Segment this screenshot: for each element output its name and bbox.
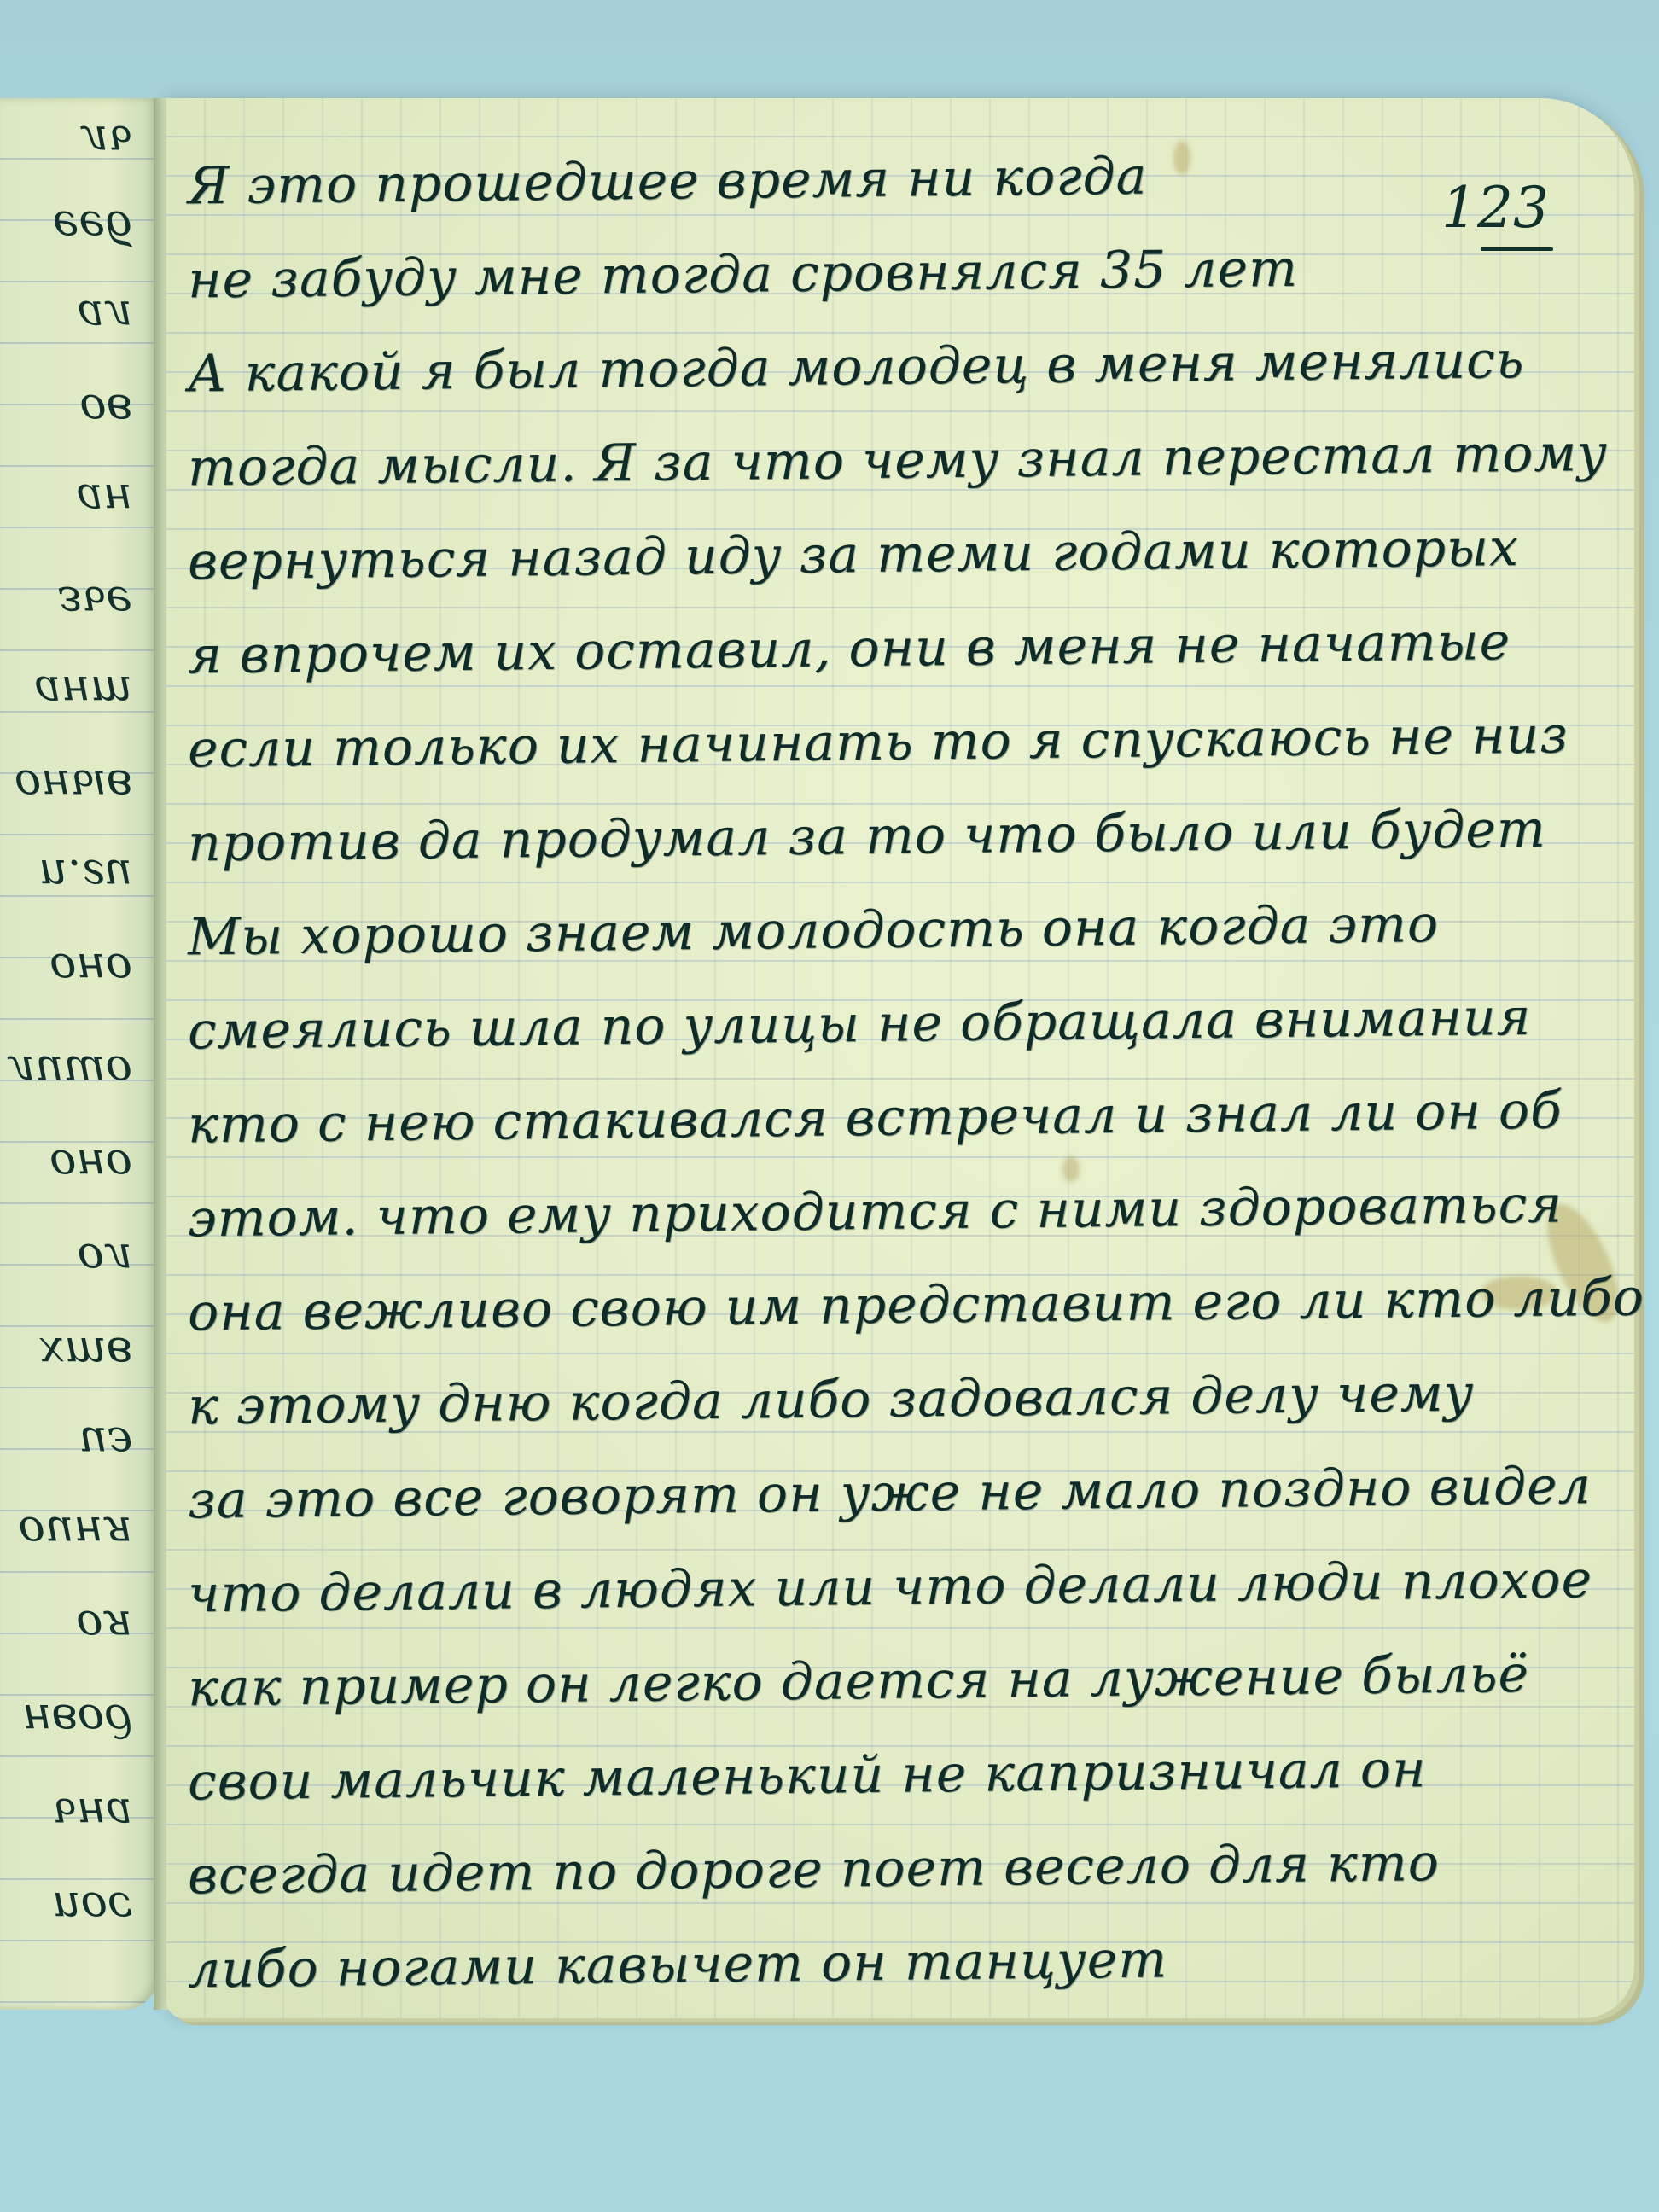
text-line: этом. что ему приходится с ними здороват… xyxy=(187,1158,1553,1266)
text-line: за это все говорят он уже не мало поздно… xyxy=(187,1440,1553,1548)
left-page-fragment: ан xyxy=(77,474,132,525)
text-line: либо ногами кавычет он танцует xyxy=(187,1909,1553,2017)
notebook-page: 123 Я это прошедшее время ни когда не за… xyxy=(166,98,1634,2018)
text-line: смеялись шла по улицы не обращала вниман… xyxy=(187,970,1553,1079)
left-page-fragment: ант xyxy=(34,666,132,717)
left-page-fragment: пос xyxy=(52,1882,132,1933)
text-line: всегда идет по дороге поет весело для кт… xyxy=(187,1815,1553,1924)
text-line: если только их начинать то я спускаюсь н… xyxy=(187,689,1553,797)
left-notebook-page: ль ееб ал ов ан зье ант оныв п.ги оно ли… xyxy=(0,98,158,2010)
left-page-fragment: оныв xyxy=(15,760,132,811)
left-page-fragment: нвод xyxy=(22,1694,132,1745)
left-page-fragment: хтв xyxy=(39,1327,132,1378)
text-line: она вежливо свою им представит его ли кт… xyxy=(187,1252,1553,1360)
text-line: вернуться назад иду за теми годами котор… xyxy=(187,501,1553,609)
text-line: свои мальчик маленький не капризничал он xyxy=(187,1721,1553,1830)
left-page-fragment: оно xyxy=(49,1139,132,1190)
left-page-fragment: ьна xyxy=(52,1788,132,1839)
text-line: А какой я был тогда молодец в меня менял… xyxy=(187,313,1553,422)
text-line: Мы хорошо знаем молодость она когда это xyxy=(187,876,1553,985)
left-page-fragment: зье xyxy=(58,576,132,627)
text-line: тогда мысли. Я за что чему знал перестал… xyxy=(187,407,1553,515)
left-page-fragment: оно xyxy=(49,943,132,994)
left-page-fragment: ол xyxy=(78,1233,132,1284)
left-page-fragment: ль xyxy=(80,115,132,166)
left-page-fragment: оиня xyxy=(19,1506,132,1557)
text-line: к этому дню когда либо задовался делу че… xyxy=(187,1346,1553,1454)
left-page-fragment: ов xyxy=(79,384,132,435)
text-line: я впрочем их оставил, они в меня не нача… xyxy=(187,595,1553,703)
text-line: как пример он легко дается на лужение бы… xyxy=(187,1627,1553,1736)
text-line: Я это прошедшее время ни когда xyxy=(187,125,1553,234)
left-page-fragment: п.ги xyxy=(38,849,132,900)
left-page-fragment: оя xyxy=(76,1600,132,1651)
text-line: что делали в людях или что делали люди п… xyxy=(187,1534,1553,1642)
left-page-fragment: иэ xyxy=(79,1417,132,1468)
handwritten-text: Я это прошедшее время ни когда не забуду… xyxy=(188,132,1553,2010)
left-page-fragment: ееб xyxy=(53,201,132,252)
text-line: не забуду мне тогда сровнялся 35 лет xyxy=(187,219,1553,328)
left-page-fragment: ал xyxy=(78,290,132,341)
text-line: против да продумал за то что было или бу… xyxy=(187,783,1553,891)
left-page-fragment: лишо xyxy=(7,1045,132,1097)
text-line: кто с нею стакивался встречал и знал ли … xyxy=(187,1064,1553,1173)
